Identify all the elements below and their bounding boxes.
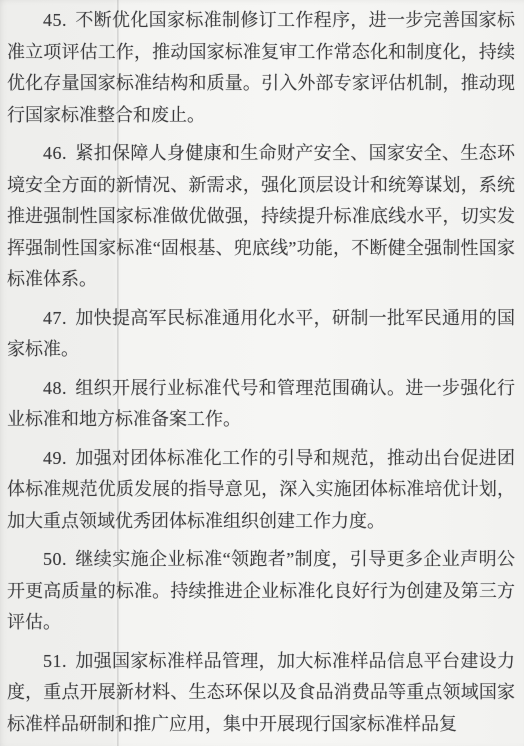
paragraph-50: 50.继续实施企业标准“领跑者”制度，引导更多企业声明公开更高质量的标准。持续推…: [7, 544, 515, 639]
document-text-block: 45.不断优化国家标准制修订工作程序，进一步完善国家标准立项评估工作，推动国家标…: [7, 5, 515, 746]
paragraph-45: 45.不断优化国家标准制修订工作程序，进一步完善国家标准立项评估工作，推动国家标…: [7, 5, 515, 131]
paragraph-47: 47.加快提高军民标准通用化水平，研制一批军民通用的国家标准。: [7, 303, 515, 366]
paragraph-text: 加强国家标准样品管理，加大标准样品信息平台建设力度，重点开展新材料、生态环保以及…: [7, 651, 515, 734]
document-page: 45.不断优化国家标准制修订工作程序，进一步完善国家标准立项评估工作，推动国家标…: [0, 0, 524, 746]
paragraph-number: 49.: [43, 448, 67, 468]
paragraph-text: 加快提高军民标准通用化水平，研制一批军民通用的国家标准。: [7, 308, 515, 360]
paragraph-text: 加强对团体标准化工作的引导和规范，推动出台促进团体标准规范优质发展的指导意见，深…: [7, 448, 515, 531]
paragraph-text: 组织开展行业标准代号和管理范围确认。进一步强化行业标准和地方标准备案工作。: [7, 378, 515, 430]
paragraph-48: 48.组织开展行业标准代号和管理范围确认。进一步强化行业标准和地方标准备案工作。: [7, 373, 515, 436]
paragraph-text: 紧扣保障人身健康和生命财产安全、国家安全、生态环境安全方面的新情况、新需求，强化…: [7, 143, 515, 289]
paragraph-51: 51.加强国家标准样品管理，加大标准样品信息平台建设力度，重点开展新材料、生态环…: [7, 646, 515, 741]
paragraph-number: 46.: [43, 143, 67, 163]
paragraph-text: 不断优化国家标准制修订工作程序，进一步完善国家标准立项评估工作，推动国家标准复审…: [7, 10, 515, 125]
paragraph-number: 48.: [43, 378, 67, 398]
paragraph-46: 46.紧扣保障人身健康和生命财产安全、国家安全、生态环境安全方面的新情况、新需求…: [7, 138, 515, 296]
paragraph-text: 继续实施企业标准“领跑者”制度，引导更多企业声明公开更高质量的标准。持续推进企业…: [7, 549, 515, 632]
paragraph-number: 50.: [43, 549, 67, 569]
paragraph-number: 45.: [43, 10, 67, 30]
paragraph-number: 47.: [43, 308, 67, 328]
paragraph-number: 51.: [43, 651, 67, 671]
paragraph-49: 49.加强对团体标准化工作的引导和规范，推动出台促进团体标准规范优质发展的指导意…: [7, 443, 515, 538]
